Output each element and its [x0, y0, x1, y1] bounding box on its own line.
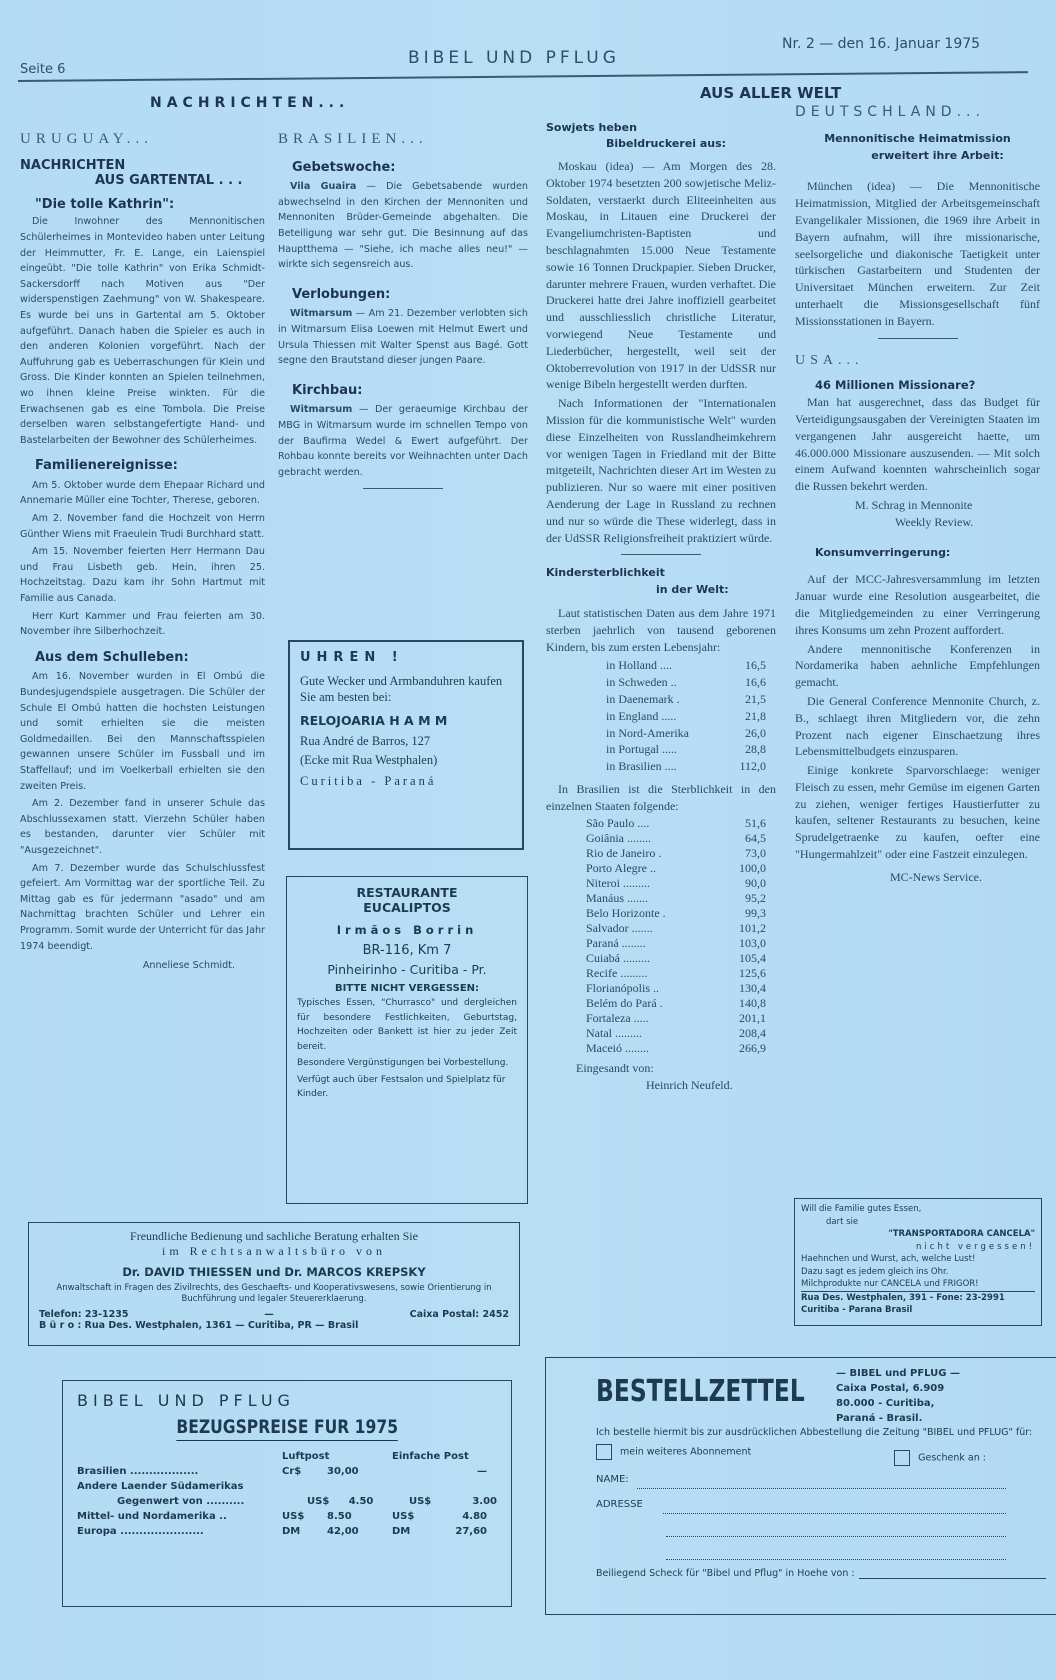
ad-phone: Telefon: 23-1235	[39, 1309, 129, 1320]
headline-nachrichten: NACHRICHTEN	[20, 158, 265, 174]
row-label: Florianópolis ..	[586, 981, 659, 996]
source: Weekly Review.	[795, 514, 1040, 531]
paragraph: Laut statistischen Daten aus dem Jahre 1…	[546, 605, 776, 655]
mortality-row: Niteroi .........90,0	[586, 876, 766, 891]
article-title: erweitert ihre Arbeit:	[795, 148, 1040, 165]
issue-date: Nr. 2 — den 16. Januar 1975	[782, 36, 980, 52]
column-header: Einfache Post	[392, 1451, 469, 1462]
price-cell	[437, 1481, 487, 1492]
price-title: BEZUGSPREISE FUR 1975	[176, 1416, 398, 1441]
mortality-row: Belém do Pará .140,8	[586, 996, 766, 1011]
column-aus-aller-welt: Sowjets heben Bibeldruckerei aus:	[546, 120, 776, 151]
ad-text: Besondere Vergünstigungen bei Vorbestell…	[297, 1056, 517, 1071]
ad-office-address: B ü r o : Rua Des. Westphalen, 1361 — Cu…	[39, 1320, 509, 1331]
column-header: Luftpost	[282, 1451, 392, 1462]
row-label: Fortaleza .....	[586, 1011, 649, 1026]
mortality-country-list: in Holland ....16,5in Schweden ..16,6in …	[546, 657, 776, 775]
mortality-row: Recife .........125,6	[586, 966, 766, 981]
ad-address: Rua Des. Westphalen, 391 - Fone: 23-2991	[801, 1291, 1035, 1305]
price-table: Luftpost Einfache Post Brasilien .......…	[77, 1451, 497, 1537]
row-label: in Nord-Amerika	[606, 725, 689, 742]
option-label: mein weiteres Abonnement	[620, 1447, 751, 1458]
option-label: Geschenk an :	[918, 1453, 986, 1464]
address-line: 80.000 - Curitiba,	[836, 1396, 960, 1411]
separator: —	[264, 1309, 274, 1320]
paragraph: Herr Kurt Kammer und Frau feierten am 30…	[20, 609, 265, 640]
price-cell	[392, 1481, 437, 1492]
address-input-line[interactable]	[666, 1545, 1006, 1560]
ad-text: Typisches Essen, "Churrasco" und derglei…	[297, 996, 517, 1054]
address-extra-lines[interactable]	[666, 1522, 1006, 1560]
row-label: in England .....	[606, 708, 676, 725]
address-line: Paraná - Brasil.	[836, 1411, 960, 1426]
row-label: Belém do Pará .	[586, 996, 663, 1011]
signature: Anneliese Schmidt.	[20, 958, 265, 974]
row-value: 103,0	[739, 936, 766, 951]
ad-address: Rua André de Barros, 127	[300, 734, 512, 749]
divider	[363, 488, 443, 489]
article-title-familien: Familienereignisse:	[35, 458, 265, 474]
mortality-row: Manáus .......95,2	[586, 891, 766, 906]
article-body: — Der geraeumige Kirchbau der MBG in Wit…	[278, 404, 528, 477]
price-rows: Brasilien ..................Cr$30,00—And…	[77, 1466, 497, 1537]
name-field[interactable]: NAME:	[596, 1474, 1046, 1489]
ad-postbox: Caixa Postal: 2452	[410, 1309, 509, 1320]
price-row: Mittel- und Nordamerika ..US$8.50US$4.80	[77, 1511, 497, 1522]
row-value: 125,6	[739, 966, 766, 981]
option-gift[interactable]: Geschenk an :	[894, 1450, 986, 1466]
mortality-row: Paraná ........103,0	[586, 936, 766, 951]
article-title-schulleben: Aus dem Schulleben:	[35, 650, 265, 666]
price-brand: BIBEL UND PFLUG	[77, 1391, 497, 1410]
row-label: in Daenemark .	[606, 691, 680, 708]
mortality-row: Maceió ........266,9	[586, 1041, 766, 1056]
ad-shop-name: RELOJOARIA H A M M	[300, 713, 512, 728]
header-rule	[18, 71, 1028, 82]
ad-law-office: Freundliche Bedienung und sachliche Bera…	[28, 1222, 520, 1346]
paragraph: München (idea) — Die Mennonitische Heima…	[795, 178, 1040, 329]
article-title: Bibeldruckerei aus:	[546, 136, 776, 152]
ad-contact-row: Telefon: 23-1235 — Caixa Postal: 2452	[39, 1309, 509, 1320]
article-body: Die Inwohner des Mennonitischen Schülerh…	[20, 214, 265, 448]
order-text: Ich bestelle hiermit bis zur ausdrücklic…	[596, 1426, 1046, 1440]
row-label: Paraná ........	[586, 936, 646, 951]
price-cell: Andere Laender Südamerikas	[77, 1481, 282, 1492]
row-value: 105,4	[739, 951, 766, 966]
ad-title: RESTAURANTE	[297, 885, 517, 900]
section-title-nachrichten: NACHRICHTEN...	[150, 95, 349, 111]
mortality-row: São Paulo ....51,6	[586, 816, 766, 831]
article-title-gebetswoche: Gebetswoche:	[292, 160, 528, 176]
row-value: 21,8	[745, 708, 766, 725]
price-title-wrap: BEZUGSPREISE FUR 1975	[77, 1416, 497, 1441]
address-line: — BIBEL und PFLUG —	[836, 1366, 960, 1381]
article-title: 46 Millionen Missionare?	[795, 377, 1040, 394]
sender-name: Heinrich Neufeld.	[546, 1077, 776, 1094]
address-field[interactable]: ADRESSE	[596, 1499, 1046, 1514]
price-box: BIBEL UND PFLUG BEZUGSPREISE FUR 1975 Lu…	[62, 1380, 512, 1607]
row-value: 266,9	[739, 1041, 766, 1056]
row-value: 16,6	[745, 674, 766, 691]
section-title-aus-aller-welt: AUS ALLER WELT	[700, 84, 841, 102]
price-row: Europa ......................DM42,00DM27…	[77, 1526, 497, 1537]
ad-text: Milchprodukte nur CANCELA und FRIGOR!	[801, 1278, 1035, 1291]
article-title-tolle-kathrin: "Die tolle Kathrin":	[35, 197, 265, 213]
ad-city: Curitiba - Parana Brasil	[801, 1304, 1035, 1317]
ad-text: Verfügt auch über Festsalon und Spielpla…	[297, 1073, 517, 1102]
paragraph: Andere mennonitische Konferenzen in Nord…	[795, 641, 1040, 691]
order-address: — BIBEL und PFLUG — Caixa Postal, 6.909 …	[836, 1366, 960, 1426]
divider	[621, 554, 701, 555]
price-row: Brasilien ..................Cr$30,00—	[77, 1466, 497, 1477]
mortality-row: Goiânia ........64,5	[586, 831, 766, 846]
price-cell: Europa ......................	[77, 1526, 282, 1537]
field-label: ADRESSE	[596, 1499, 643, 1514]
row-label: Porto Alegre ..	[586, 861, 656, 876]
row-value: 99,3	[745, 906, 766, 921]
ad-uhren: UHREN ! Gute Wecker und Armbanduhren kau…	[288, 640, 524, 850]
order-form: BESTELLZETTEL — BIBEL und PFLUG — Caixa …	[545, 1357, 1056, 1615]
ad-text: Haehnchen und Wurst, ach, welche Lust!	[801, 1253, 1035, 1266]
price-cell: 4.80	[437, 1511, 487, 1522]
article-title: Konsumverringerung:	[795, 545, 1040, 562]
mortality-row: Fortaleza .....201,1	[586, 1011, 766, 1026]
price-cell	[327, 1481, 392, 1492]
column-uruguay: URUGUAY... NACHRICHTEN AUS GARTENTAL . .…	[20, 132, 265, 974]
article-lead: Vila Guaira	[290, 181, 356, 192]
mortality-row: in England .....21,8	[606, 708, 766, 725]
article-title-verlobungen: Verlobungen:	[292, 287, 528, 303]
paragraph: Am 5. Oktober wurde dem Ehepaar Richard …	[20, 478, 265, 509]
mortality-row: in Schweden ..16,6	[606, 674, 766, 691]
article-lead: Witmarsum	[290, 404, 352, 415]
paragraph: Moskau (idea) — Am Morgen des 28. Oktobe…	[546, 158, 776, 393]
price-cell: DM	[392, 1526, 437, 1537]
ad-text: Gute Wecker und Armbanduhren kaufen Sie …	[300, 673, 512, 705]
address-line: Caixa Postal, 6.909	[836, 1381, 960, 1396]
row-value: 100,0	[739, 861, 766, 876]
row-value: 101,2	[739, 921, 766, 936]
price-table-header: Luftpost Einfache Post	[77, 1451, 497, 1462]
article-title: Kindersterblichkeit	[546, 565, 776, 582]
article-title: in der Welt:	[546, 582, 776, 599]
row-value: 73,0	[745, 846, 766, 861]
ad-reminder: BITTE NICHT VERGESSEN:	[297, 983, 517, 994]
row-value: 51,6	[745, 816, 766, 831]
row-label: Recife .........	[586, 966, 647, 981]
price-cell: 4.50	[349, 1496, 409, 1507]
country-brasilien: BRASILIEN...	[278, 132, 528, 148]
mortality-row: Natal .........208,4	[586, 1026, 766, 1041]
checkbox-subscription[interactable]	[596, 1444, 612, 1460]
ad-text: Anwaltschaft in Fragen des Zivilrechts, …	[39, 1283, 509, 1305]
country-usa: USA...	[795, 353, 1040, 370]
mortality-row: in Portugal .....28,8	[606, 741, 766, 758]
ad-road: BR-116, Km 7	[297, 943, 517, 958]
price-cell: Mittel- und Nordamerika ..	[77, 1511, 282, 1522]
row-label: Goiânia ........	[586, 831, 651, 846]
row-label: Maceió ........	[586, 1041, 649, 1056]
price-cell: US$	[307, 1496, 349, 1507]
price-cell: —	[437, 1466, 487, 1477]
article-body: — Die Gebetsabende wurden abwechselnd in…	[278, 181, 528, 270]
price-cell: 8.50	[327, 1511, 392, 1522]
paragraph: Einige konkrete Sparvorschlaege: weniger…	[795, 762, 1040, 863]
mortality-row: Salvador .......101,2	[586, 921, 766, 936]
checkbox-gift[interactable]	[894, 1450, 910, 1466]
ad-owners: Irmãos Borrin	[297, 923, 517, 937]
field-label: NAME:	[596, 1474, 629, 1489]
row-value: 16,5	[745, 657, 766, 674]
sender-label: Eingesandt von:	[546, 1060, 776, 1077]
row-value: 201,1	[739, 1011, 766, 1026]
ad-location: Pinheirinho - Curitiba - Pr.	[297, 962, 517, 977]
paragraph: Nach Informationen der "Internationalen …	[546, 395, 776, 546]
paragraph: Am 16. November wurden in El Ombú die Bu…	[20, 669, 265, 794]
paragraph: Am 2. November fand die Hochzeit von Her…	[20, 511, 265, 542]
mortality-state-list: São Paulo ....51,6Goiânia ........64,5Ri…	[546, 816, 776, 1056]
price-cell: Gegenwert von ..........	[77, 1496, 307, 1507]
ad-title: UHREN !	[300, 650, 512, 665]
ad-cancela: Will die Familie gutes Essen, dart sie "…	[794, 1198, 1042, 1326]
ad-text: nicht vergessen!	[801, 1241, 1035, 1254]
ad-city: Curitiba - Paraná	[300, 774, 512, 789]
row-value: 26,0	[745, 725, 766, 742]
row-value: 208,4	[739, 1026, 766, 1041]
country-uruguay: URUGUAY...	[20, 132, 265, 148]
row-label: Niteroi .........	[586, 876, 650, 891]
headline-gartental: AUS GARTENTAL . . .	[20, 173, 265, 189]
mortality-row: Belo Horizonte .99,3	[586, 906, 766, 921]
article-title: Sowjets heben	[546, 120, 776, 136]
check-field[interactable]: Beiliegend Scheck für "Bibel und Pflug" …	[596, 1568, 1046, 1579]
row-label: Manáus .......	[586, 891, 648, 906]
mortality-row: in Nord-Amerika26,0	[606, 725, 766, 742]
article-title: Mennonitische Heimatmission	[795, 131, 1040, 148]
ad-text: Dazu sagt es jedem gleich ins Ohr.	[801, 1266, 1035, 1279]
price-cell: 42,00	[327, 1526, 392, 1537]
ad-text: Freundliche Bedienung und sachliche Bera…	[39, 1229, 509, 1244]
column-right: DEUTSCHLAND... Mennonitische Heimatmissi…	[795, 104, 1040, 886]
price-cell: 27,60	[437, 1526, 487, 1537]
divider	[878, 338, 958, 339]
mortality-row: Florianópolis ..130,4	[586, 981, 766, 996]
row-value: 95,2	[745, 891, 766, 906]
field-label: Beiliegend Scheck für "Bibel und Pflug" …	[596, 1568, 855, 1579]
row-value: 130,4	[739, 981, 766, 996]
name-input-line[interactable]	[637, 1474, 1006, 1489]
price-cell	[282, 1481, 327, 1492]
newspaper-title: BIBEL UND PFLUG	[408, 48, 620, 68]
article-title-kirchbau: Kirchbau:	[292, 383, 528, 399]
column-brasilien: BRASILIEN... Gebetswoche: Vila Guaira — …	[278, 132, 528, 497]
row-label: Rio de Janeiro .	[586, 846, 661, 861]
row-value: 64,5	[745, 831, 766, 846]
price-cell: DM	[282, 1526, 327, 1537]
paragraph: Man hat ausgerechnet, dass das Budget fü…	[795, 394, 1040, 495]
mortality-row: Cuiabá .........105,4	[586, 951, 766, 966]
source: M. Schrag in Mennonite	[795, 497, 1040, 514]
mortality-row: in Daenemark .21,5	[606, 691, 766, 708]
ad-text: dart sie	[801, 1216, 1035, 1229]
price-cell: 3.00	[451, 1496, 497, 1507]
row-label: Belo Horizonte .	[586, 906, 666, 921]
row-label: in Brasilien ....	[606, 758, 677, 775]
option-subscription[interactable]: mein weiteres Abonnement	[596, 1444, 751, 1466]
ad-text: Will die Familie gutes Essen,	[801, 1203, 1035, 1216]
order-header: BESTELLZETTEL — BIBEL und PFLUG — Caixa …	[556, 1366, 1046, 1426]
price-cell: 30,00	[327, 1466, 392, 1477]
price-row: Andere Laender Südamerikas	[77, 1481, 497, 1492]
ad-company: "TRANSPORTADORA CANCELA"	[801, 1228, 1035, 1241]
row-value: 28,8	[745, 741, 766, 758]
row-label: Salvador .......	[586, 921, 653, 936]
mortality-row: in Holland ....16,5	[606, 657, 766, 674]
ad-text: im Rechtsanwaltsbüro von	[39, 1244, 509, 1259]
address-input-line[interactable]	[666, 1522, 1006, 1537]
row-label: in Schweden ..	[606, 674, 677, 691]
paragraph: Die General Conference Mennonite Church,…	[795, 693, 1040, 760]
page-number: Seite 6	[20, 62, 65, 77]
address-input-line[interactable]	[663, 1499, 1006, 1514]
price-cell: Brasilien ..................	[77, 1466, 282, 1477]
country-deutschland: DEUTSCHLAND...	[795, 104, 1040, 121]
price-row: Gegenwert von ..........US$4.50US$3.00	[77, 1496, 497, 1507]
ad-restaurant: RESTAURANTE EUCALIPTOS Irmãos Borrin BR-…	[286, 876, 528, 1204]
order-options: mein weiteres Abonnement Geschenk an :	[596, 1444, 1046, 1466]
ad-title: EUCALIPTOS	[297, 900, 517, 915]
ad-lawyers: Dr. DAVID THIESSEN und Dr. MARCOS KREPSK…	[39, 1265, 509, 1279]
row-label: Natal .........	[586, 1026, 642, 1041]
row-value: 90,0	[745, 876, 766, 891]
paragraph: Am 15. November feierten Herr Hermann Da…	[20, 544, 265, 606]
mortality-row: Rio de Janeiro .73,0	[586, 846, 766, 861]
amount-input-line[interactable]	[859, 1568, 1046, 1579]
row-value: 140,8	[739, 996, 766, 1011]
article-lead: Witmarsum	[290, 308, 352, 319]
row-label: Cuiabá .........	[586, 951, 650, 966]
row-value: 21,5	[745, 691, 766, 708]
source: MC-News Service.	[795, 869, 1040, 886]
ad-address: (Ecke mit Rua Westphalen)	[300, 753, 512, 768]
mortality-row: Porto Alegre ..100,0	[586, 861, 766, 876]
paragraph: Am 7. Dezember wurde das Schulschlussfes…	[20, 861, 265, 955]
price-cell: US$	[409, 1496, 451, 1507]
price-cell: US$	[392, 1511, 437, 1522]
price-cell: Cr$	[282, 1466, 327, 1477]
article-sowjets: Moskau (idea) — Am Morgen des 28. Oktobe…	[546, 158, 776, 1094]
paragraph: Am 2. Dezember fand in unserer Schule da…	[20, 796, 265, 858]
paragraph: Auf der MCC-Jahresversammlung im letzten…	[795, 571, 1040, 638]
paragraph: In Brasilien ist die Sterblichkeit in de…	[546, 781, 776, 815]
price-cell	[392, 1466, 437, 1477]
newspaper-page: Seite 6 BIBEL UND PFLUG Nr. 2 — den 16. …	[0, 0, 1056, 1680]
mortality-row: in Brasilien ....112,0	[606, 758, 766, 775]
row-label: São Paulo ....	[586, 816, 649, 831]
order-title: BESTELLZETTEL	[596, 1374, 752, 1409]
row-label: in Holland ....	[606, 657, 672, 674]
price-cell: US$	[282, 1511, 327, 1522]
row-label: in Portugal .....	[606, 741, 677, 758]
row-value: 112,0	[739, 758, 766, 775]
